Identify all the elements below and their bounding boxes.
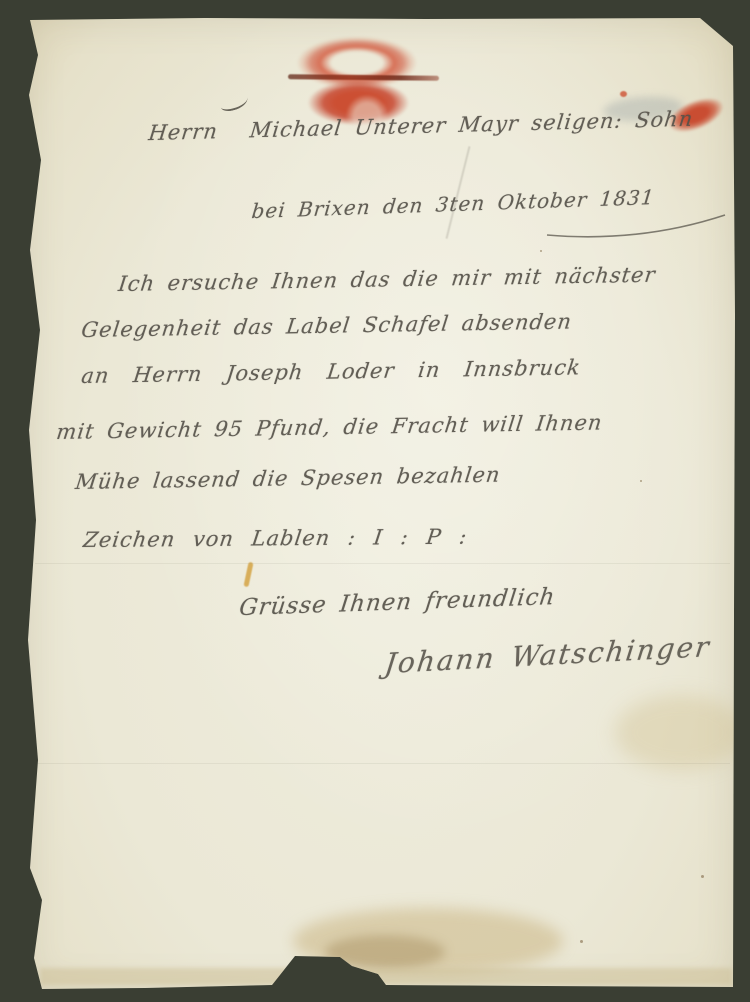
paper-speck xyxy=(580,940,583,943)
paper-speck xyxy=(701,875,704,878)
pen-squiggle xyxy=(219,92,250,113)
bottom-edge-discoloration xyxy=(40,968,732,985)
body-line: Ich ersuche Ihnen das die mir mit nächst… xyxy=(117,263,657,296)
closing-line: Grüsse Ihnen freundlich xyxy=(238,584,557,621)
torn-edge-stain-core xyxy=(325,935,445,969)
amber-streak xyxy=(243,562,253,587)
paper-speck xyxy=(640,480,642,482)
signature-stain xyxy=(615,695,745,770)
body-line: Mühe lassend die Spesen bezahlen xyxy=(74,463,502,494)
signature: Johann Watschinger xyxy=(383,630,713,680)
fold-crease xyxy=(35,563,730,564)
fold-crease xyxy=(35,763,730,764)
body-line: Zeichen von Lablen : I : P : xyxy=(82,525,469,552)
salutation: Herrn xyxy=(147,119,219,145)
pen-flourish xyxy=(545,211,730,243)
letter-paper: HerrnMichael Unterer Mayr seligen: Sohn … xyxy=(25,15,737,992)
body-line: an Herrn Joseph Loder in Innsbruck xyxy=(80,355,582,388)
wax-dot xyxy=(620,91,627,97)
wax-seal-icon xyxy=(293,17,421,129)
body-line: Gelegenheit das Label Schafel absenden xyxy=(80,309,573,342)
paper-speck xyxy=(540,250,542,252)
body-line: mit Gewicht 95 Pfund, die Fracht will Ih… xyxy=(55,410,604,444)
